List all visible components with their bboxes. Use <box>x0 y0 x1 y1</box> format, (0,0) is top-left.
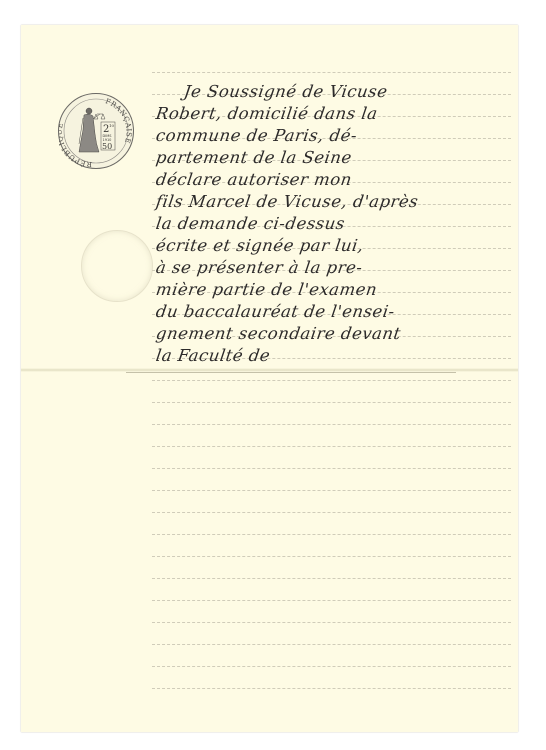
handwritten-text: Je Soussigné de VicuseRobert, domicilié … <box>156 81 516 367</box>
handwritten-line: Je Soussigné de Vicuse <box>154 81 517 103</box>
ruled-line <box>152 578 511 579</box>
handwritten-line: mière partie de l'examen <box>154 279 517 301</box>
fold-crease <box>126 372 456 373</box>
ruled-line <box>152 72 511 73</box>
handwritten-line: la demande ci-dessus <box>154 213 517 235</box>
handwritten-line: la Faculté de <box>154 345 517 367</box>
ruled-line <box>152 512 511 513</box>
ruled-line <box>152 424 511 425</box>
embossed-seal-icon <box>81 230 153 302</box>
ruled-line <box>152 468 511 469</box>
handwritten-line: déclare autoriser mon <box>154 169 517 191</box>
handwritten-line: commune de Paris, dé- <box>154 125 517 147</box>
ruled-line <box>152 644 511 645</box>
ruled-line <box>152 534 511 535</box>
ruled-line <box>152 380 511 381</box>
ruled-line <box>152 402 511 403</box>
ruled-line <box>152 622 511 623</box>
document-page: RÉPUBLIQUE FRANÇAISE 2 10 DIMS 1910 50 J… <box>21 25 518 732</box>
handwritten-line: partement de la Seine <box>154 147 517 169</box>
handwritten-line: fils Marcel de Vicuse, d'après <box>154 191 517 213</box>
ruled-line <box>152 556 511 557</box>
svg-text:10: 10 <box>109 123 115 128</box>
ruled-line <box>152 666 511 667</box>
handwritten-line: gnement secondaire devant <box>154 323 517 345</box>
ruled-line <box>152 446 511 447</box>
handwritten-line: à se présenter à la pre- <box>154 257 517 279</box>
svg-text:50: 50 <box>102 142 112 151</box>
handwritten-line: du baccalauréat de l'ensei- <box>154 301 517 323</box>
revenue-stamp-icon: RÉPUBLIQUE FRANÇAISE 2 10 DIMS 1910 50 <box>58 93 134 169</box>
ruled-line <box>152 490 511 491</box>
handwritten-line: écrite et signée par lui, <box>154 235 517 257</box>
ruled-line <box>152 600 511 601</box>
handwritten-line: Robert, domicilié dans la <box>154 103 517 125</box>
ruled-line <box>152 688 511 689</box>
